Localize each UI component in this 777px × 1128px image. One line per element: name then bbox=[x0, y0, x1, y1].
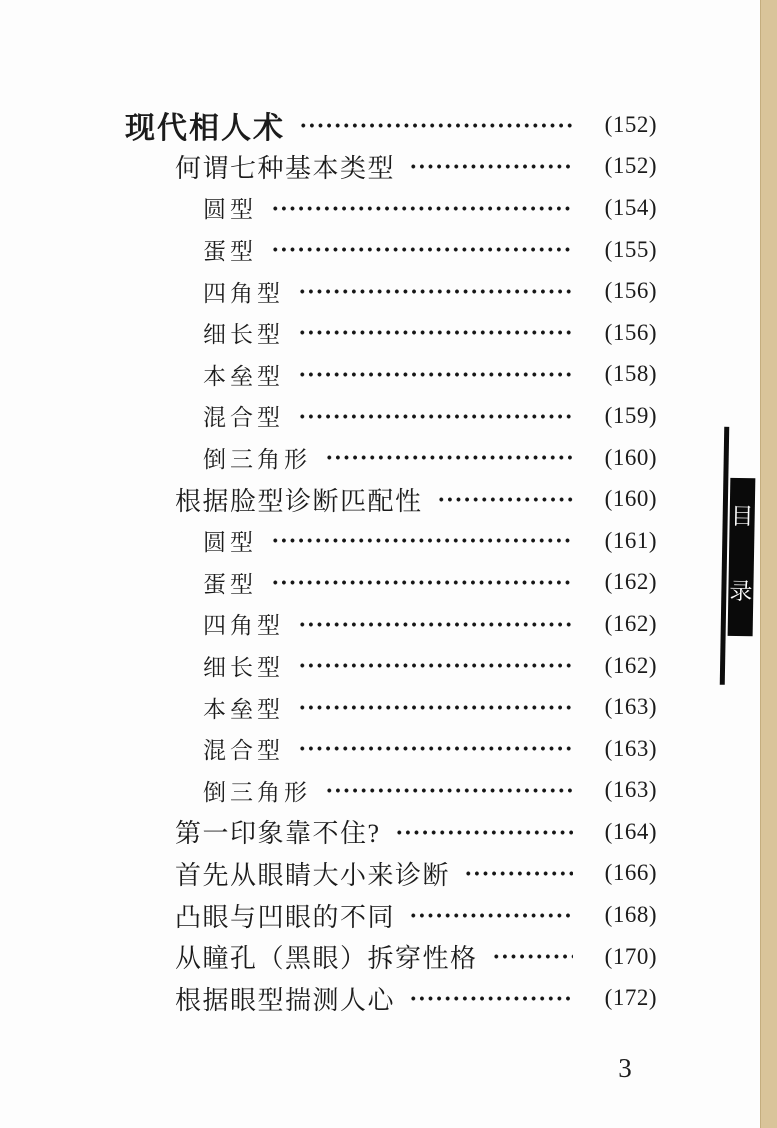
toc-entry-page: (170) bbox=[583, 944, 657, 970]
dot-leader bbox=[298, 354, 573, 396]
toc-row: 第一印象靠不住? (164) bbox=[125, 811, 657, 853]
page-number: 3 bbox=[610, 1053, 640, 1084]
toc-row: 混合型 (159) bbox=[125, 395, 657, 437]
dot-leader bbox=[298, 686, 573, 728]
toc-row: 细长型 (162) bbox=[125, 645, 657, 687]
toc-entry-title: 根据脸型诊断匹配性 bbox=[175, 481, 423, 518]
toc-entry-title: 倒三角形 bbox=[203, 441, 311, 474]
toc-row: 本垒型 (158) bbox=[125, 354, 657, 396]
toc-row: 四角型 (156) bbox=[125, 270, 657, 312]
toc-row: 混合型 (163) bbox=[125, 728, 657, 770]
toc-entry-page: (164) bbox=[583, 819, 657, 845]
toc-entry-page: (152) bbox=[583, 153, 657, 179]
toc-entry-page: (161) bbox=[583, 528, 657, 554]
dot-leader bbox=[298, 270, 573, 312]
dot-leader bbox=[271, 562, 573, 604]
toc-entry-title: 四角型 bbox=[203, 275, 284, 308]
toc-row: 首先从眼睛大小来诊断 (166) bbox=[125, 853, 657, 895]
toc-entry-page: (163) bbox=[583, 736, 657, 762]
toc-row: 倒三角形 (160) bbox=[125, 437, 657, 479]
dot-leader bbox=[271, 520, 573, 562]
toc-entry-page: (154) bbox=[583, 195, 657, 221]
toc-entry-page: (162) bbox=[583, 611, 657, 637]
dot-leader bbox=[492, 936, 573, 978]
toc-row: 根据眼型揣测人心 (172) bbox=[125, 977, 657, 1019]
dot-leader bbox=[299, 104, 573, 146]
toc-row: 四角型 (162) bbox=[125, 603, 657, 645]
toc-entry-page: (156) bbox=[583, 320, 657, 346]
dot-leader bbox=[437, 478, 573, 520]
toc-entry-title: 圆型 bbox=[203, 524, 257, 557]
toc-entry-title: 蛋型 bbox=[203, 566, 257, 599]
dot-leader bbox=[271, 187, 573, 229]
toc-entry-title: 四角型 bbox=[203, 607, 284, 640]
toc-entry-page: (166) bbox=[583, 860, 657, 886]
toc-entry-page: (160) bbox=[583, 486, 657, 512]
dot-leader bbox=[325, 437, 573, 479]
toc-row: 圆型 (161) bbox=[125, 520, 657, 562]
toc-entry-title: 细长型 bbox=[203, 649, 284, 682]
toc-list: 现代相人术 (152) 何谓七种基本类型 (152) 圆型 (154) 蛋型 (… bbox=[125, 104, 657, 1019]
dot-leader bbox=[409, 146, 573, 188]
toc-row: 蛋型 (155) bbox=[125, 229, 657, 271]
dot-leader bbox=[298, 603, 573, 645]
dot-leader bbox=[409, 894, 573, 936]
toc-row: 何谓七种基本类型 (152) bbox=[125, 146, 657, 188]
toc-entry-page: (160) bbox=[583, 445, 657, 471]
toc-entry-title: 从瞳孔（黑眼）拆穿性格 bbox=[175, 938, 478, 975]
toc-entry-title: 凸眼与凹眼的不同 bbox=[175, 897, 395, 934]
toc-entry-page: (158) bbox=[583, 361, 657, 387]
dot-leader bbox=[325, 770, 573, 812]
dot-leader bbox=[271, 229, 573, 271]
toc-entry-page: (172) bbox=[583, 985, 657, 1011]
toc-entry-page: (163) bbox=[583, 777, 657, 803]
toc-entry-title: 第一印象靠不住? bbox=[175, 813, 381, 850]
tab-label-block: 目 录 bbox=[728, 478, 756, 636]
toc-row: 根据脸型诊断匹配性 (160) bbox=[125, 478, 657, 520]
tab-rule-line bbox=[720, 427, 730, 685]
toc-row: 蛋型 (162) bbox=[125, 562, 657, 604]
dot-leader bbox=[409, 977, 573, 1019]
toc-entry-page: (168) bbox=[583, 902, 657, 928]
toc-entry-title: 混合型 bbox=[203, 732, 284, 765]
toc-entry-title: 蛋型 bbox=[203, 233, 257, 266]
toc-entry-page: (152) bbox=[583, 112, 657, 138]
toc-entry-page: (163) bbox=[583, 694, 657, 720]
toc-row: 现代相人术 (152) bbox=[125, 104, 657, 146]
dot-leader bbox=[464, 853, 573, 895]
toc-entry-title: 本垒型 bbox=[203, 691, 284, 724]
toc-entry-title: 细长型 bbox=[203, 316, 284, 349]
toc-row: 从瞳孔（黑眼）拆穿性格 (170) bbox=[125, 936, 657, 978]
toc-entry-title: 现代相人术 bbox=[125, 103, 285, 147]
toc-entry-page: (159) bbox=[583, 403, 657, 429]
toc-row: 圆型 (154) bbox=[125, 187, 657, 229]
chapter-edge-tab: 目 录 bbox=[714, 427, 760, 686]
dot-leader bbox=[395, 811, 573, 853]
toc-row: 细长型 (156) bbox=[125, 312, 657, 354]
dot-leader bbox=[298, 645, 573, 687]
toc-entry-page: (155) bbox=[583, 237, 657, 263]
toc-row: 凸眼与凹眼的不同 (168) bbox=[125, 894, 657, 936]
scan-edge-strip bbox=[760, 0, 777, 1128]
toc-entry-title: 首先从眼睛大小来诊断 bbox=[175, 855, 450, 892]
dot-leader bbox=[298, 312, 573, 354]
toc-entry-title: 混合型 bbox=[203, 399, 284, 432]
tab-char-lu: 录 bbox=[729, 580, 752, 603]
dot-leader bbox=[298, 728, 573, 770]
toc-entry-title: 圆型 bbox=[203, 191, 257, 224]
toc-entry-page: (162) bbox=[583, 653, 657, 679]
toc-entry-title: 本垒型 bbox=[203, 358, 284, 391]
toc-entry-title: 倒三角形 bbox=[203, 774, 311, 807]
toc-entry-page: (162) bbox=[583, 569, 657, 595]
toc-entry-title: 根据眼型揣测人心 bbox=[175, 980, 395, 1017]
toc-row: 本垒型 (163) bbox=[125, 686, 657, 728]
toc-entry-title: 何谓七种基本类型 bbox=[175, 148, 395, 185]
dot-leader bbox=[298, 395, 573, 437]
toc-entry-page: (156) bbox=[583, 278, 657, 304]
tab-char-mu: 目 bbox=[730, 505, 753, 528]
toc-row: 倒三角形 (163) bbox=[125, 770, 657, 812]
